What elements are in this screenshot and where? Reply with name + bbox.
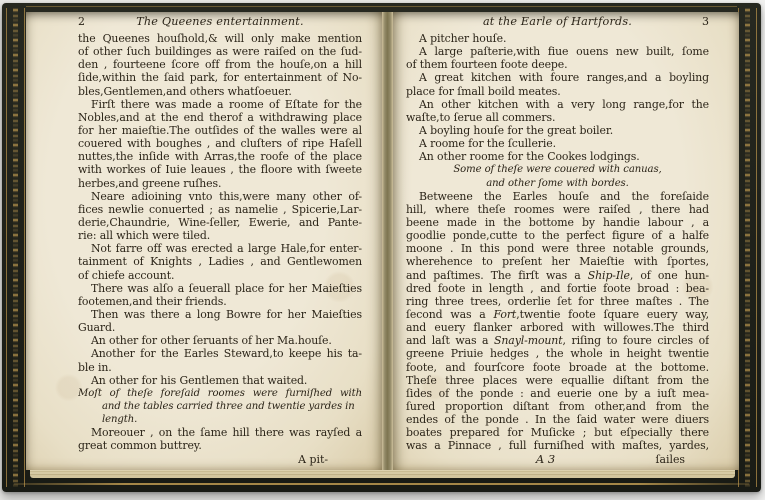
text-line: wherehence to preſent her Maieſtie with … <box>406 255 709 268</box>
text-line: Theſe three places were equallie diſtant… <box>406 374 709 387</box>
text-line: rie: all which were tiled. <box>78 229 362 242</box>
text-line: Some of theſe were couered with canuas, <box>406 163 709 176</box>
text-line: of them fourteen foote deepe. <box>406 58 709 71</box>
text-line: with workes of Iuie leaues , the floore … <box>78 163 362 176</box>
text-line: greene Priuie hedges , the whole in heig… <box>406 347 709 360</box>
text-line: ſured proportion diſtant from other,and … <box>406 400 709 413</box>
text-line: the Queenes houſhold,& will only make me… <box>78 32 362 45</box>
left-page-header: 2 The Queenes entertainment. <box>78 15 362 30</box>
right-page-footer: A 3 ſailes <box>406 453 709 466</box>
text-line: An other for his Gentlemen that waited. <box>78 374 362 387</box>
text-line: goodlie ponde,cutte to the perfect figur… <box>406 229 709 242</box>
text-line: Another for the Earles Steward,to keepe … <box>78 347 362 360</box>
text-line: beene made in the bottome by handie labo… <box>406 216 709 229</box>
text-line: An other for other ſeruants of her Ma.ho… <box>78 334 362 347</box>
text-line: of chiefe account. <box>78 269 362 282</box>
book-cover: 2 The Queenes entertainment. the Queenes… <box>2 3 761 492</box>
left-page-body: the Queenes houſhold,& will only make me… <box>78 32 362 453</box>
open-pages: 2 The Queenes entertainment. the Queenes… <box>26 12 739 470</box>
text-line: Then was there a long Bowre for her Maie… <box>78 308 362 321</box>
text-line: and euery flanker arbored with willowes.… <box>406 321 709 334</box>
gold-fillet-line-top <box>26 6 737 7</box>
text-line: great common buttrey. <box>78 439 362 452</box>
right-page: at the Earle of Hartfords. 3 A pitcher h… <box>393 12 739 470</box>
text-line: Not farre off was erected a large Hale,f… <box>78 242 362 255</box>
left-page-number: 2 <box>78 15 102 28</box>
text-line: waſte,to ſerue all commers. <box>406 111 709 124</box>
gold-tooling-ornament-right <box>738 8 757 487</box>
text-line: Nobles,and at the end therof a withdrawi… <box>78 111 362 124</box>
right-catchword: ſailes <box>555 453 709 466</box>
text-line: Neare adioining vnto this,were many othe… <box>78 190 362 203</box>
text-line: length. <box>78 413 362 426</box>
text-line: ſide,within the ſaid park, for entertain… <box>78 71 362 84</box>
gold-fillet-line-bottom <box>14 483 749 485</box>
left-page: 2 The Queenes entertainment. the Queenes… <box>26 12 382 470</box>
text-line: A roome for the ſcullerie. <box>406 137 709 150</box>
right-page-number: 3 <box>685 15 709 28</box>
text-line: boates prepared for Muſicke ; but eſpeci… <box>406 426 709 439</box>
text-line: derie,Chaundrie, Wine-ſeller, Ewerie, an… <box>78 216 362 229</box>
photo-background: { "book": { "description": "Photograph o… <box>0 0 765 500</box>
text-line: An other kitchen with a very long range,… <box>406 98 709 111</box>
text-line: foote, and fourſcore foote broade at the… <box>406 361 709 374</box>
footer-spacer <box>406 453 536 466</box>
text-line: Firſt there was made a roome of Eſtate f… <box>78 98 362 111</box>
text-line: moone . In this pond were three notable … <box>406 242 709 255</box>
text-line: was a Pinnace , full furniſhed with maſt… <box>406 439 709 452</box>
text-line: An other roome for the Cookes lodgings. <box>406 150 709 163</box>
page-edges-stack <box>30 469 735 478</box>
text-line: and paſtimes. The firſt was a Ship-Ile, … <box>406 269 709 282</box>
right-page-text-block: at the Earle of Hartfords. 3 A pitcher h… <box>406 15 709 466</box>
text-line: ble in. <box>78 361 362 374</box>
text-line: couered with boughes , and cluſters of r… <box>78 137 362 150</box>
text-line: dred foote in length , and fortie foote … <box>406 282 709 295</box>
text-line: A great kitchen with foure ranges,and a … <box>406 71 709 84</box>
text-line: ſides of the ponde : and euerie one by a… <box>406 387 709 400</box>
signature-mark: A 3 <box>536 453 555 466</box>
text-line: place for ſmall boild meates. <box>406 85 709 98</box>
text-line: Moſt of theſe foreſaid roomes were furni… <box>78 387 362 400</box>
gold-tooling-ornament-left <box>6 8 25 487</box>
left-running-title: The Queenes entertainment. <box>102 15 338 28</box>
text-line: herbes,and greene ruſhes. <box>78 177 362 190</box>
text-line: bles,Gentlemen,and others whatſoeuer. <box>78 85 362 98</box>
text-line: for her maieſtie.The outſides of the wal… <box>78 124 362 137</box>
left-catchword: A pit- <box>78 453 362 466</box>
right-page-header: at the Earle of Hartfords. 3 <box>406 15 709 30</box>
text-line: tainment of Knights , Ladies , and Gentl… <box>78 255 362 268</box>
text-line: ſecond was a Fort,twentie foote ſquare e… <box>406 308 709 321</box>
right-running-title: at the Earle of Hartfords. <box>430 15 685 28</box>
text-line: A pitcher houſe. <box>406 32 709 45</box>
text-line: Betweene the Earles houſe and the foreſa… <box>406 190 709 203</box>
text-line: and laſt was a Snayl-mount, riſing to fo… <box>406 334 709 347</box>
text-line: hill, where theſe roomes were raiſed , t… <box>406 203 709 216</box>
text-line: A large paſterie,with fiue ouens new bui… <box>406 45 709 58</box>
text-line: and the tables carried three and twentie… <box>78 400 362 413</box>
text-line: There was alſo a ſeuerall place for her … <box>78 282 362 295</box>
text-line: footemen,and their friends. <box>78 295 362 308</box>
book-gutter <box>382 12 393 470</box>
text-line: fices newlie conuerted ; as namelie , Sp… <box>78 203 362 216</box>
text-line: Guard. <box>78 321 362 334</box>
text-line: ring three trees, orderlie ſet for three… <box>406 295 709 308</box>
left-page-text-block: 2 The Queenes entertainment. the Queenes… <box>78 15 362 466</box>
text-line: and other ſome with bordes. <box>406 177 709 190</box>
text-line: nuttes,the inſide with Arras,the roofe o… <box>78 150 362 163</box>
text-line: A boyling houſe for the great boiler. <box>406 124 709 137</box>
text-line: of other ſuch buildinges as were raiſed … <box>78 45 362 58</box>
right-page-body: A pitcher houſe.A large paſterie,with fi… <box>406 32 709 453</box>
text-line: den , fourteene ſcore off from the houſe… <box>78 58 362 71</box>
text-line: Moreouer , on the ſame hill there was ra… <box>78 426 362 439</box>
text-line: endes of the ponde . In the ſaid water w… <box>406 413 709 426</box>
